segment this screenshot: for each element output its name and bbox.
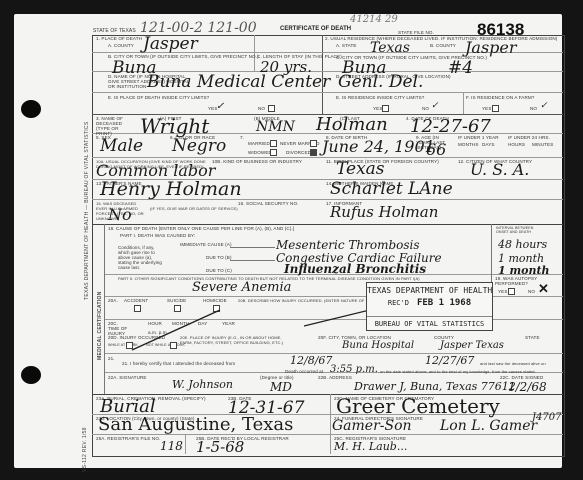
- pod-yes-check: ✓: [216, 101, 224, 112]
- divider: [185, 434, 186, 454]
- document-title: CERTIFICATE OF DEATH: [280, 26, 351, 32]
- date-signed: 1/2/68: [508, 380, 547, 394]
- cert-number-label: 21.: [108, 356, 115, 361]
- ur-farm-no-label: NO: [530, 106, 537, 111]
- marital-divorced: Divorced: [286, 150, 311, 155]
- under1-label: IF UNDER 1 YEAR: [458, 135, 499, 140]
- due-to-c-label: DUE TO (c): [206, 268, 232, 273]
- widowed-checkbox[interactable]: [270, 149, 277, 156]
- cert-statement-label: 21. I hereby certify that I attended the…: [122, 361, 235, 366]
- last-name: Holman: [316, 114, 388, 135]
- ur-farm-yes-checkbox[interactable]: [492, 105, 499, 112]
- part2: Severe Anemia: [192, 280, 291, 295]
- informant: Rufus Holman: [330, 203, 438, 221]
- armed-forces: No: [108, 205, 132, 224]
- immediate-label: IMMEDIATE CAUSE (a): [180, 242, 232, 247]
- ur-farm-yes-label: YES: [482, 106, 492, 111]
- divider: [330, 394, 331, 454]
- marital-label: 7.: [240, 135, 244, 140]
- divider: [92, 224, 563, 225]
- autopsy-yes-label: YES: [498, 289, 508, 294]
- ur-precinct: #4: [448, 58, 473, 78]
- conditions-note: Conditions, if any, which gave rise to a…: [118, 245, 163, 270]
- registrar-file-label: 25a. REGISTRAR'S FILE NO.: [96, 436, 160, 441]
- degree: MD: [270, 380, 292, 394]
- divider: [254, 35, 255, 71]
- funeral-home: Gamer-Son: [332, 418, 412, 434]
- divider: [491, 224, 492, 289]
- marital-widowed: Widowed: [248, 150, 272, 155]
- ur-inside-city-label: e. IS RESIDENCE INSIDE CITY LIMITS?: [336, 95, 424, 100]
- location: San Augustine, Texas: [98, 414, 293, 435]
- autopsy-yes-checkbox[interactable]: [508, 288, 515, 295]
- attended-from: 12/8/67: [290, 354, 332, 367]
- autopsy-no-label: NO: [528, 289, 535, 294]
- date-recd: 1-5-68: [196, 438, 244, 456]
- stamp-date: FEB 1 1968: [417, 298, 471, 308]
- due-to-b-label: DUE TO (b): [206, 255, 232, 260]
- citizen: U. S. A.: [470, 160, 529, 179]
- signature-label: 22a. SIGNATURE: [108, 375, 147, 380]
- pod-inside-city-label: e. IS PLACE OF DEATH INSIDE CITY LIMITS?: [108, 95, 209, 100]
- stamp-line1: TEXAS DEPARTMENT OF HEALTH: [367, 286, 492, 295]
- cert-statement-tail: and last saw the deceased alive on: [480, 361, 546, 366]
- cemetery: Greer Cemetery: [336, 394, 500, 418]
- birthplace: Texas: [336, 159, 385, 179]
- race: Negro: [172, 136, 226, 156]
- cert-address-label: 22b. ADDRESS: [318, 375, 352, 380]
- injury-strike-lines: [104, 296, 563, 356]
- cert-address: Drawer J, Buna, Texas 77612: [354, 380, 516, 393]
- state-file-handwritten: 41214 29: [350, 14, 398, 25]
- pod-no-label: NO: [258, 106, 265, 111]
- received-stamp: TEXAS DEPARTMENT OF HEALTH REC'DFEB 1 19…: [366, 282, 493, 331]
- ssn-label: 16. SOCIAL SECURITY NO.: [238, 201, 299, 206]
- stamp-date-row: REC'DFEB 1 1968: [367, 298, 492, 308]
- date-of-death: 12-27-67: [410, 116, 491, 137]
- attended-to: 12/27/67: [425, 354, 474, 367]
- age: 66: [426, 140, 446, 159]
- underline: [230, 247, 275, 248]
- side-label-health-dept: TEXAS DEPARTMENT OF HEALTH — BUREAU OF V…: [84, 122, 90, 300]
- under1-months: Months: [458, 142, 479, 147]
- funeral-license: J4707: [532, 412, 561, 423]
- marital-married: Married: [248, 141, 270, 146]
- place-of-death-label: 1. PLACE OF DEATH: [96, 36, 142, 41]
- pod-county: Jasper: [143, 34, 198, 54]
- ur-farm-label: f. IS RESIDENCE ON A FARM?: [466, 95, 534, 100]
- autopsy-no-x: ✕: [538, 282, 549, 297]
- punch-hole: [21, 100, 41, 118]
- sex: Male: [100, 136, 143, 156]
- pod-hospital: Buna Medical Center: [147, 72, 330, 92]
- ur-no-check: ✓: [431, 101, 439, 111]
- ur-state: Texas: [370, 40, 410, 56]
- immediate-cause: Mesenteric Thrombosis: [276, 238, 420, 252]
- cert-statement-end: on the date stated above; and to the bes…: [380, 369, 536, 374]
- divider: [92, 92, 563, 93]
- stamp-recd-label: REC'D: [388, 299, 409, 307]
- married-checkbox[interactable]: [270, 140, 277, 147]
- funeral-director: Lon L. Gamer: [440, 418, 537, 434]
- divider: [463, 92, 464, 114]
- never-married-checkbox[interactable]: [310, 140, 317, 147]
- middle-name: NMN: [256, 119, 295, 135]
- father: Henry Holman: [100, 178, 242, 200]
- usual-residence-label: 2. USUAL RESIDENCE (Where deceased lived…: [325, 36, 557, 41]
- ur-state-label: a. STATE: [336, 43, 357, 48]
- divorced-checkbox[interactable]: [310, 149, 317, 156]
- ur-farm-no-check: ✓: [540, 101, 548, 111]
- interval-label: INTERVAL BETWEEN ONSET AND DEATH: [496, 226, 546, 234]
- physician-signature: W. Johnson: [172, 378, 233, 391]
- interval-a: 48 hours: [498, 238, 547, 251]
- state-label: STATE OF TEXAS: [93, 28, 136, 34]
- pod-county-label: a. COUNTY: [108, 43, 134, 48]
- ur-yes-checkbox[interactable]: [382, 105, 389, 112]
- name-label: 3. NAME OF DECEASED (Type or print): [96, 116, 126, 136]
- stamp-line3: BUREAU OF VITAL STATISTICS: [367, 316, 492, 328]
- ur-no-label: NO: [422, 106, 429, 111]
- armed-forces-war-label: (If yes, give war or dates of service): [150, 206, 238, 211]
- under24-hours: Hours: [508, 142, 525, 147]
- business-label: 10b. KIND OF BUSINESS OR INDUSTRY: [212, 159, 302, 164]
- underline: [230, 260, 275, 261]
- punch-hole: [21, 366, 41, 384]
- divider: [92, 157, 563, 158]
- ur-county-label: b. COUNTY: [430, 43, 456, 48]
- cause-label: 18. CAUSE OF DEATH [Enter only one cause…: [108, 226, 294, 231]
- under24-minutes: Minutes: [532, 142, 553, 147]
- death-occurred-label: Death occurred at: [285, 369, 323, 374]
- mother: Scharlet LAne: [330, 179, 453, 199]
- form-number: VS-112 REV. 1/58: [82, 427, 88, 472]
- under1-days: Days: [482, 142, 495, 147]
- ur-address: Genl. Del.: [338, 72, 423, 92]
- registrar-file: 118: [160, 439, 183, 453]
- under24-label: IF UNDER 24 HRS.: [508, 135, 550, 140]
- pod-no-checkbox[interactable]: [268, 105, 275, 112]
- due-to-c: Influenzal Bronchitis: [284, 262, 426, 276]
- time-of-death: 3:55 p.m.: [330, 364, 378, 375]
- registrar-signature: M. H. Laub...: [334, 440, 407, 453]
- part1-label: PART I. DEATH WAS CAUSED BY:: [120, 233, 195, 238]
